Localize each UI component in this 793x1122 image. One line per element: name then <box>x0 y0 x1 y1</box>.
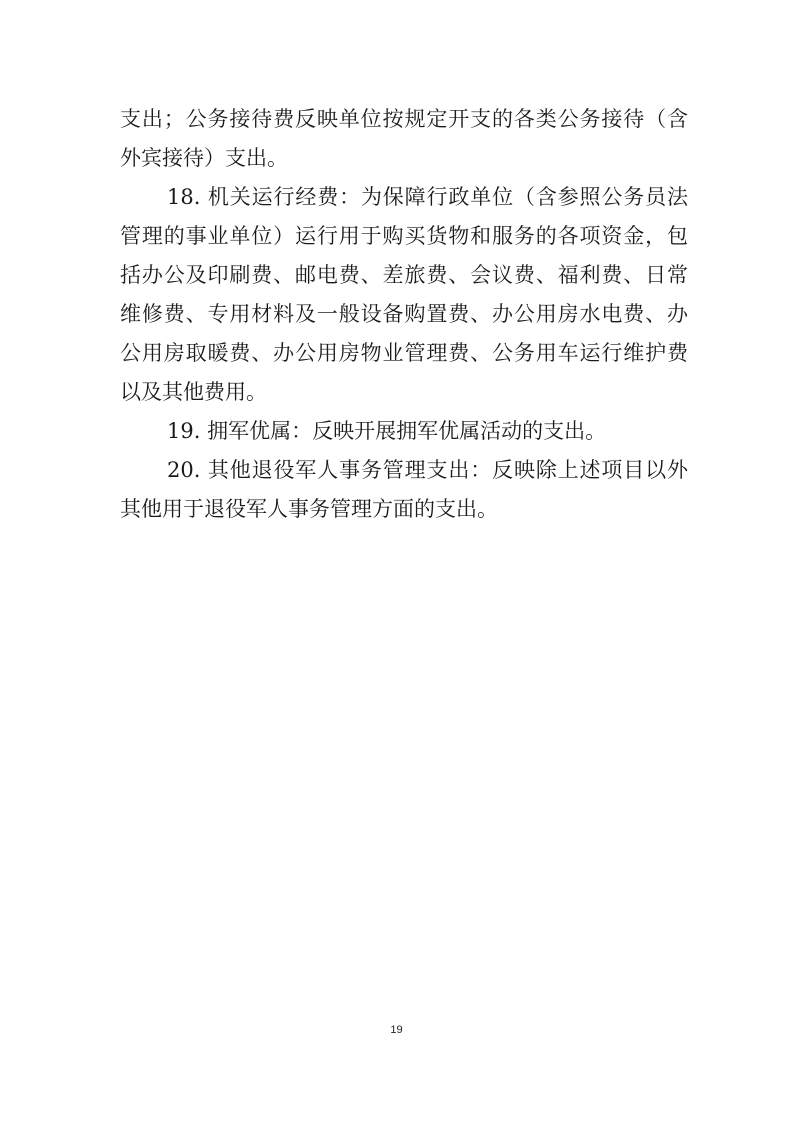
text-line: 支出；公务接待费反映单位按规定开支的各类公务接待（含 <box>120 100 688 139</box>
item-20-heading-line: 20. 其他退役军人事务管理支出：反映除上述项目以外 <box>120 451 688 490</box>
document-page: 支出；公务接待费反映单位按规定开支的各类公务接待（含 外宾接待）支出。 18. … <box>0 0 793 1122</box>
text-line: 以及其他费用。 <box>120 373 688 412</box>
text-line: 公用房取暖费、办公用房物业管理费、公务用车运行维护费 <box>120 334 688 373</box>
item-18-heading-line: 18. 机关运行经费：为保障行政单位（含参照公务员法 <box>120 178 688 217</box>
text-line: 维修费、专用材料及一般设备购置费、办公用房水电费、办 <box>120 295 688 334</box>
text-line: 外宾接待）支出。 <box>120 139 688 178</box>
text-line: 其他用于退役军人事务管理方面的支出。 <box>120 490 688 529</box>
text-line: 管理的事业单位）运行用于购买货物和服务的各项资金，包 <box>120 217 688 256</box>
page-number: 19 <box>0 1024 793 1036</box>
body-text: 支出；公务接待费反映单位按规定开支的各类公务接待（含 外宾接待）支出。 18. … <box>120 100 688 529</box>
item-19-line: 19. 拥军优属：反映开展拥军优属活动的支出。 <box>120 412 688 451</box>
text-line: 括办公及印刷费、邮电费、差旅费、会议费、福利费、日常 <box>120 256 688 295</box>
